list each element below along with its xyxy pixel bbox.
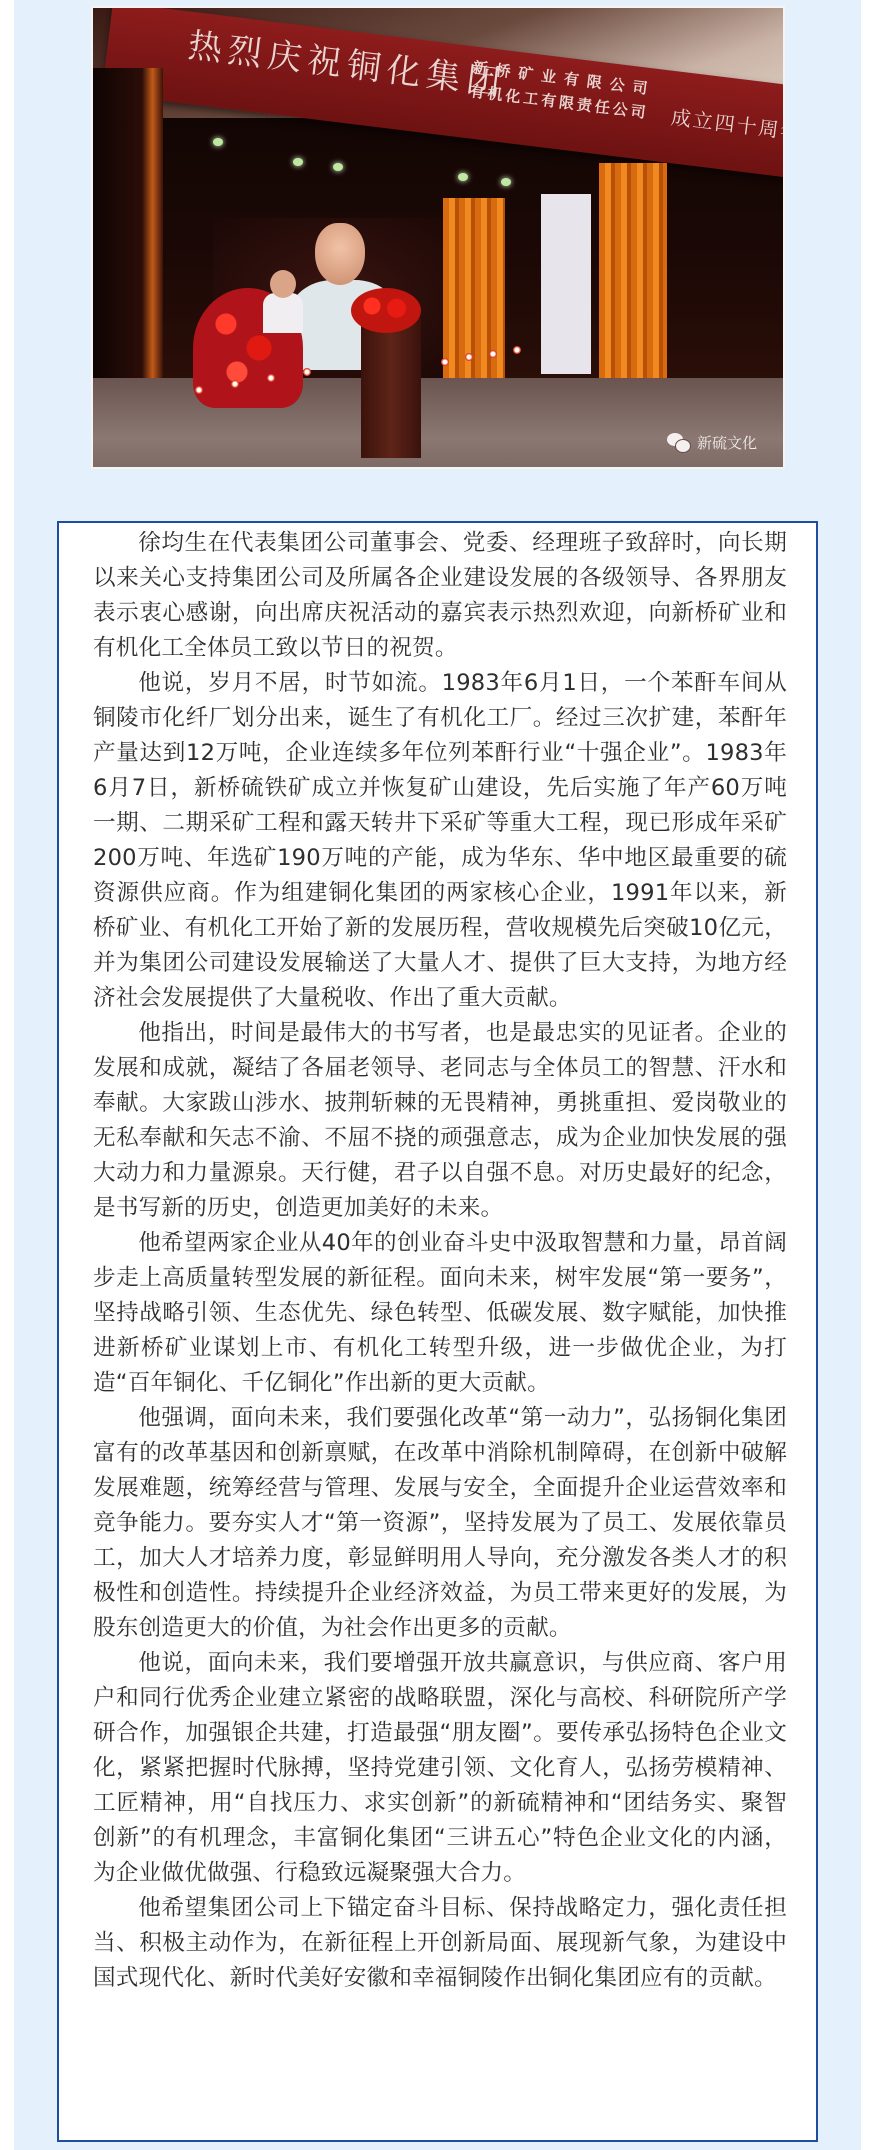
floor-light-icon <box>513 346 521 354</box>
floor-light-icon <box>231 380 239 388</box>
stage-light-icon <box>333 163 343 171</box>
article-paragraph: 徐均生在代表集团公司董事会、党委、经理班子致辞时，向长期以来关心支持集团公司及所… <box>93 526 787 666</box>
screen-speaker-head <box>315 223 365 285</box>
floor-light-icon <box>267 374 275 382</box>
floor-light-icon <box>489 350 497 358</box>
wechat-icon <box>667 433 691 453</box>
watermark: 新硫文化 <box>667 432 757 453</box>
stage-light-icon <box>213 138 223 146</box>
floor-light-icon <box>195 386 203 394</box>
event-photo: 热烈庆祝铜化集团 新桥矿业有限公司 有机化工有限责任公司 成立四十周年 新硫文化 <box>91 6 785 469</box>
podium <box>361 318 421 458</box>
article-body: 徐均生在代表集团公司董事会、党委、经理班子致辞时，向长期以来关心支持集团公司及所… <box>59 523 816 1996</box>
floor-light-icon <box>303 368 311 376</box>
white-panel <box>541 194 591 374</box>
article-paragraph: 他指出，时间是最伟大的书写者，也是最忠实的见证者。企业的发展和成就，凝结了各届老… <box>93 1016 787 1226</box>
stage-light-icon <box>501 178 511 186</box>
speaker-body <box>263 293 303 333</box>
stage-light-icon <box>458 173 468 181</box>
floor-light-icon <box>441 358 449 366</box>
article-paragraph: 他强调，面向未来，我们要强化改革“第一动力”，弘扬铜化集团富有的改革基因和创新禀… <box>93 1401 787 1646</box>
article-paragraph: 他希望集团公司上下锚定奋斗目标、保持战略定力，强化责任担当、积极主动作为，在新征… <box>93 1891 787 1996</box>
article-paragraph: 他说，面向未来，我们要增强开放共赢意识，与供应商、客户用户和同行优秀企业建立紧密… <box>93 1646 787 1891</box>
article-box: 徐均生在代表集团公司董事会、党委、经理班子致辞时，向长期以来关心支持集团公司及所… <box>57 521 818 2142</box>
podium-flowers <box>351 288 421 333</box>
floor-light-icon <box>465 353 473 361</box>
article-paragraph: 他希望两家企业从40年的创业奋斗史中汲取智慧和力量，昂首阔步走上高质量转型发展的… <box>93 1226 787 1401</box>
banner-end-text: 成立四十周年 <box>670 101 785 146</box>
speaker-head <box>270 270 296 298</box>
stage-light-icon <box>293 158 303 166</box>
orange-curtain <box>599 163 667 383</box>
left-curtain <box>93 68 163 428</box>
watermark-text: 新硫文化 <box>697 432 757 453</box>
article-paragraph: 他说，岁月不居，时节如流。1983年6月1日，一个苯酐车间从铜陵市化纤厂划分出来… <box>93 666 787 1016</box>
